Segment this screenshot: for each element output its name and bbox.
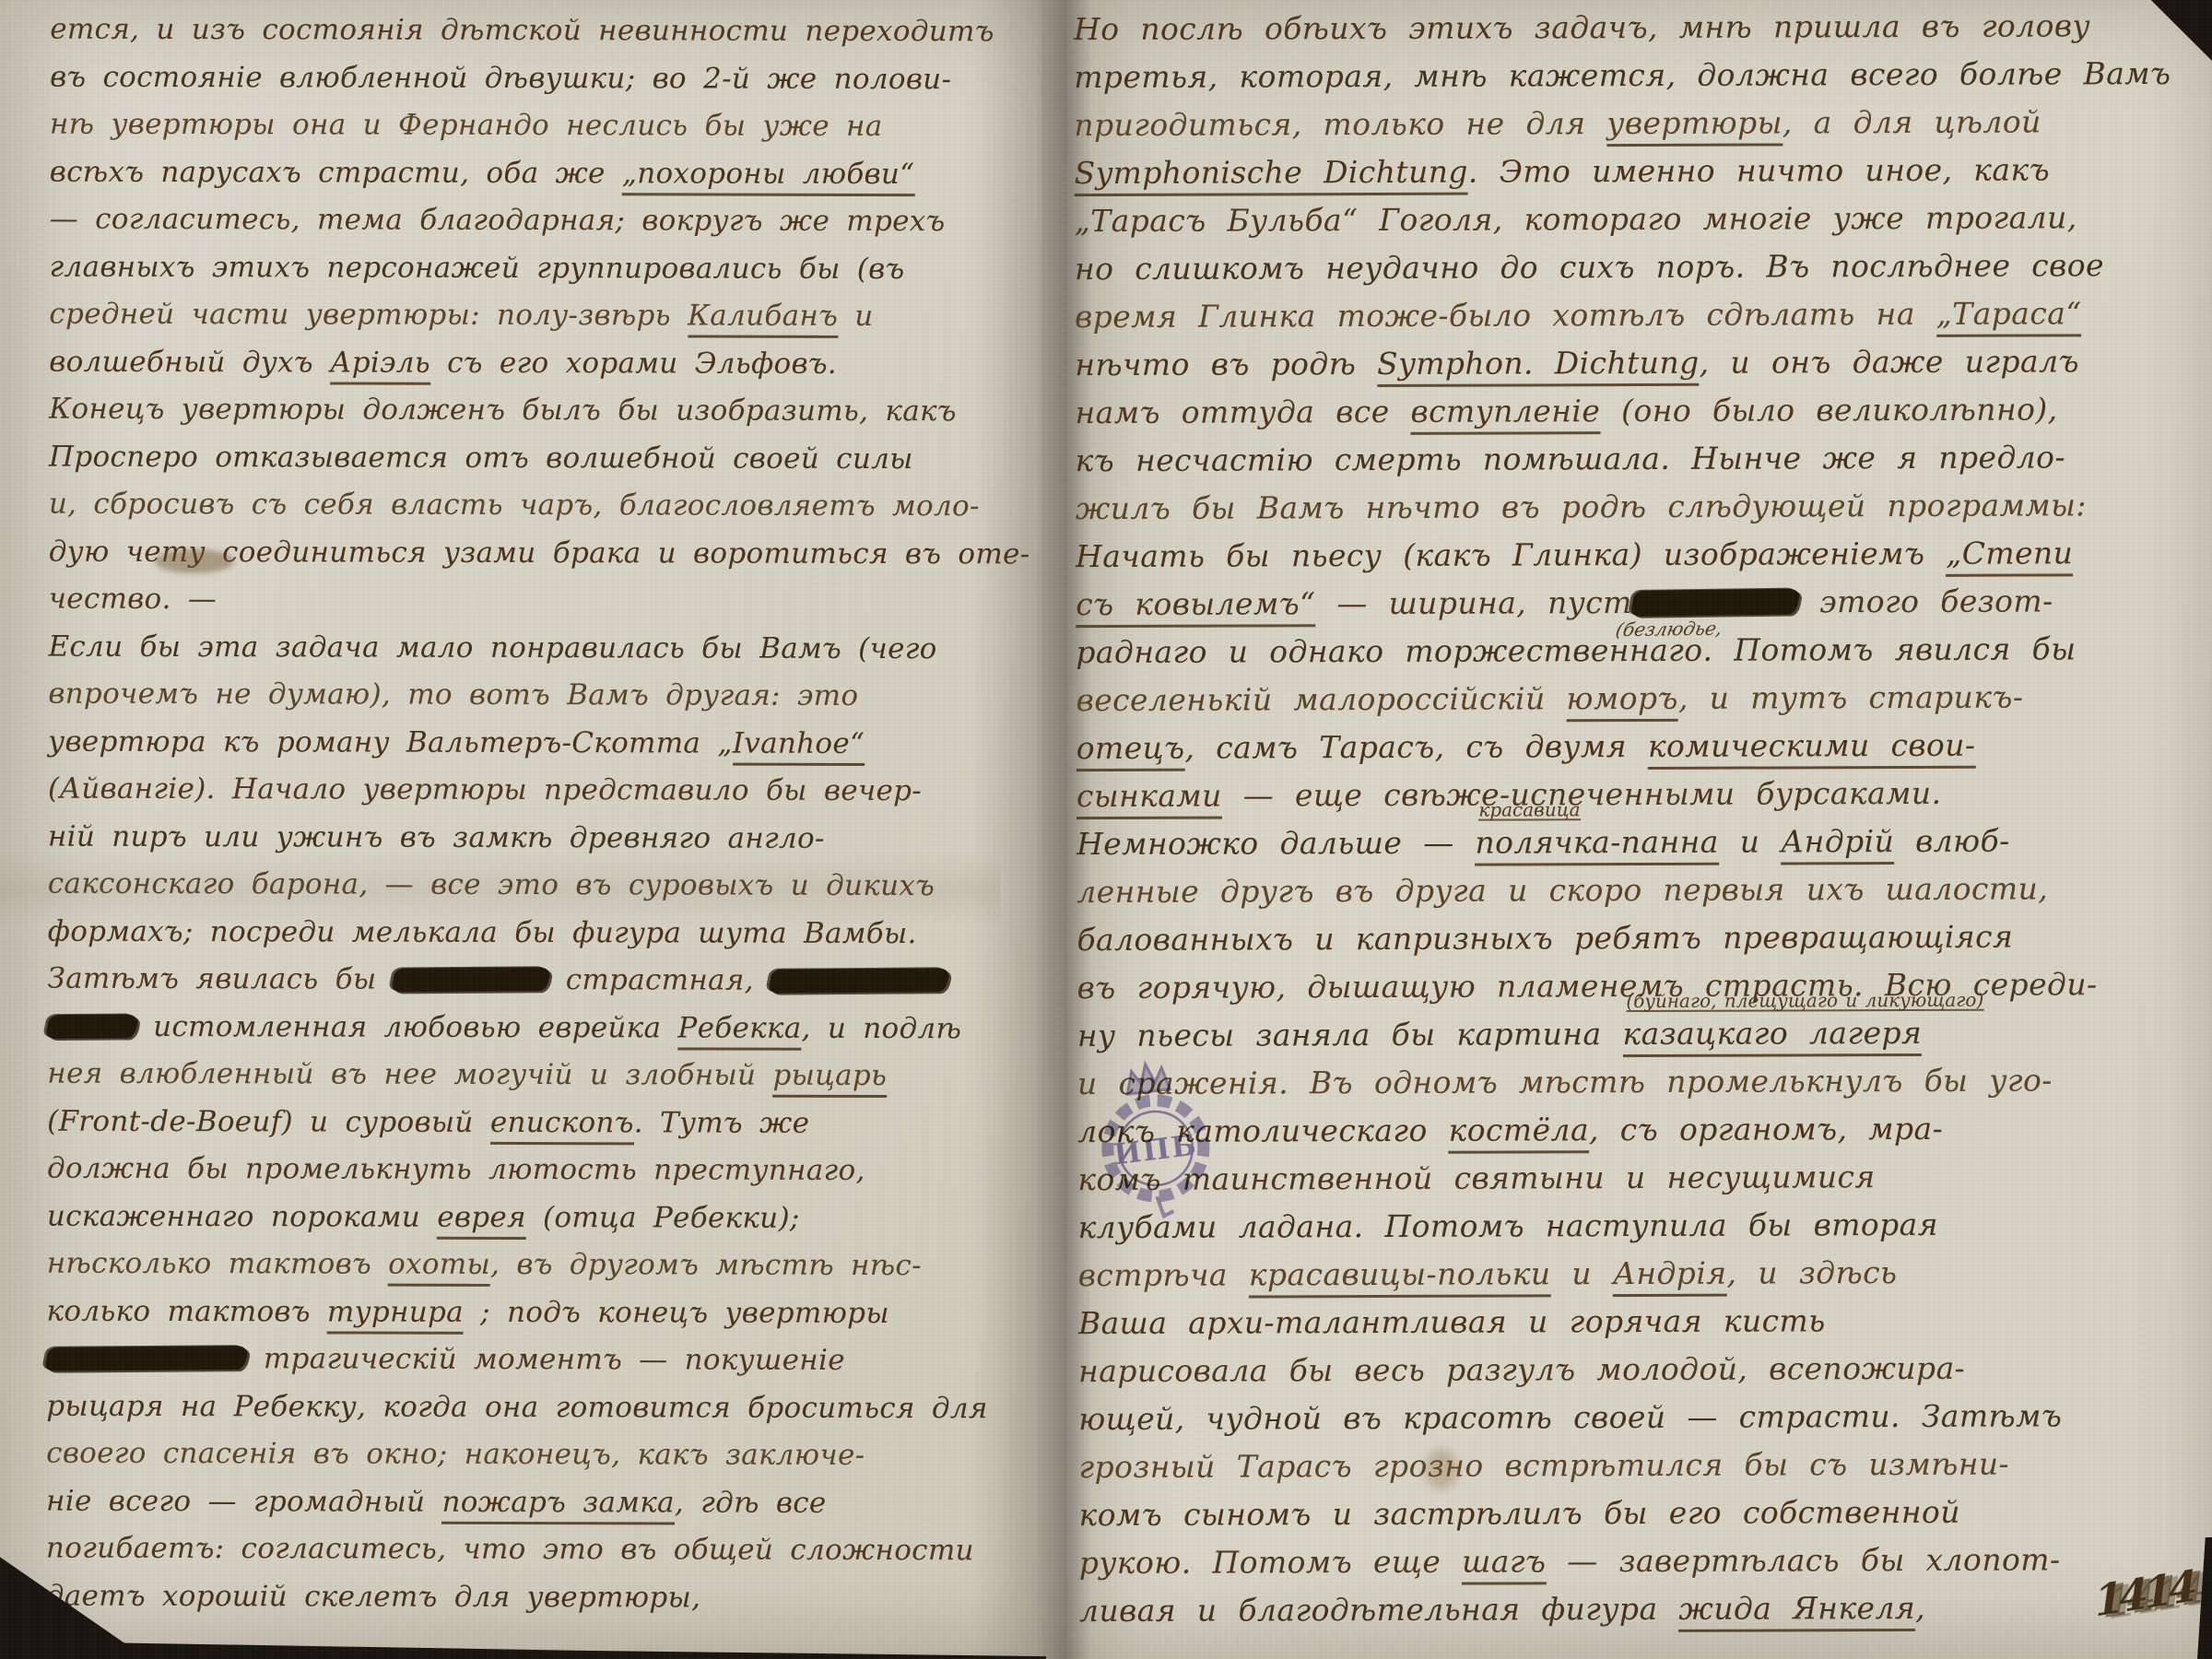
- underlined-phrase: отецъ: [1077, 730, 1185, 771]
- right-page-text: Но послѣ обѣихъ этихъ задачъ, мнѣ пришла…: [1074, 2, 2208, 1635]
- manuscript-line: Конецъ увертюры долженъ былъ бы изобрази…: [49, 386, 989, 436]
- struck-out-word: █████████: [44, 1346, 250, 1371]
- text-segment: ленные другъ въ друга и скоро первыя ихъ…: [1077, 870, 2048, 910]
- underlined-phrase: съ ковылемъ“: [1076, 585, 1315, 628]
- text-segment: Затѣмъ явилась бы: [47, 962, 393, 996]
- manuscript-line: погибаетъ: согласитесь, что это въ общей…: [46, 1525, 986, 1575]
- text-segment: , въ другомъ мѣстѣ нѣс-: [490, 1248, 922, 1282]
- manuscript-line: Начать бы пьесу (какъ Глинка) изображені…: [1076, 529, 2205, 581]
- manuscript-line: должна бы промелькнуть лютость преступна…: [47, 1146, 987, 1195]
- manuscript-line: Symphonische Dichtung. Это именно ничто …: [1074, 146, 2203, 197]
- manuscript-line: Немножко дальше — полячка-паннакрасавица…: [1077, 817, 2206, 868]
- struck-out-word: ███████: [391, 967, 552, 993]
- text-segment: , и здѣсь: [1726, 1254, 1897, 1291]
- text-segment: грозный Тарасъ грозно встрѣтился бы съ и…: [1078, 1446, 2009, 1486]
- manuscript-line: ніе всего — громадный пожаръ замка, гдѣ …: [46, 1477, 986, 1527]
- underlined-phrase: увертюры: [1606, 104, 1783, 147]
- manuscript-line: главныхъ этихъ персонажей группировались…: [49, 243, 989, 293]
- manuscript-line: рыцаря на Ребекку, когда она готовится б…: [46, 1382, 986, 1432]
- text-segment: (Айвангіе). Начало увертюры представило …: [48, 772, 922, 807]
- text-segment: ливая и благодѣтельная фигура: [1079, 1591, 1679, 1629]
- manuscript-line: Если бы эта задача мало понравилась бы В…: [48, 623, 988, 673]
- text-segment: Если бы эта задача мало понравилась бы В…: [48, 629, 936, 665]
- underlined-phrase: „Степи: [1946, 535, 2073, 576]
- text-segment: (оно было великолѣпно),: [1600, 391, 2057, 429]
- text-segment: волшебный духъ: [49, 345, 330, 379]
- manuscript-photo: ется, и изъ состоянія дѣтской невинности…: [0, 0, 2212, 1659]
- underlined-phrase: „Тараса“: [1936, 295, 2082, 337]
- manuscript-line: комъ сыномъ и застрѣлилъ бы его собствен…: [1079, 1488, 2208, 1539]
- text-segment: , и онъ даже игралъ: [1700, 343, 2079, 380]
- text-segment: и: [838, 300, 874, 333]
- underlined-phrase: турнира: [327, 1295, 464, 1334]
- interlinear-insertion: красавица: [1478, 800, 1580, 820]
- manuscript-line: чество. —: [49, 576, 989, 626]
- underlined-phrase: шагъ: [1462, 1543, 1546, 1584]
- text-segment: всѣхъ парусахъ страсти, оба же: [50, 155, 622, 190]
- text-segment: ,: [1915, 1590, 1925, 1626]
- text-segment: (отца Ребекки);: [526, 1201, 800, 1235]
- underlined-phrase: охоты: [388, 1248, 490, 1287]
- ink-smudge: [155, 549, 234, 573]
- manuscript-line: веселенькій малороссійскій юморъ, и тутъ…: [1076, 673, 2205, 724]
- underlined-phrase: пожаръ замка: [441, 1485, 675, 1524]
- manuscript-line: но слишкомъ неудачно до сихъ поръ. Въ по…: [1075, 241, 2204, 293]
- underlined-phrase: жида Янкеля: [1678, 1590, 1915, 1632]
- text-segment: жилъ бы Вамъ нѣчто въ родѣ слѣдующей про…: [1076, 487, 2087, 526]
- manuscript-line: средней части увертюры: полу-звѣрь Калиб…: [49, 291, 989, 341]
- manuscript-line: и, сбросивъ съ себя власть чаръ, благосл…: [49, 481, 989, 531]
- underlined-phrase: Андрій: [1781, 823, 1894, 865]
- text-segment: нѣчто въ родѣ: [1075, 346, 1377, 382]
- manuscript-line: ████ истомленная любовью еврейка Ребекка…: [47, 1003, 987, 1053]
- text-segment: къ несчастію смерть помѣшала. Нынче же я…: [1076, 439, 2065, 478]
- text-segment: — завертѣлась бы хлопот-: [1546, 1541, 2060, 1579]
- text-segment: — еще свѣже-испеченными бурсаками.: [1222, 775, 1942, 814]
- manuscript-line: комъ таинственной святыни и несущимися: [1077, 1152, 2206, 1204]
- underlined-phrase: красавицы-польки: [1249, 1255, 1551, 1298]
- manuscript-line: ливая и благодѣтельная фигура жида Янкел…: [1079, 1583, 2208, 1635]
- text-segment: ну пьесы заняла бы картина: [1077, 1016, 1623, 1053]
- text-segment: главныхъ этихъ персонажей группировались…: [50, 250, 905, 285]
- underlined-phrase: Ivanhoe“: [733, 726, 865, 765]
- text-segment: ющей, чудной въ красотѣ своей — страсти.…: [1078, 1397, 2062, 1437]
- text-segment: и: [1719, 823, 1782, 859]
- text-segment: комъ сыномъ и застрѣлилъ бы его собствен…: [1079, 1494, 1960, 1533]
- text-segment: нѣ увертюры она и Фернандо неслись бы уж…: [50, 108, 883, 143]
- text-segment: пригодиться, только не для: [1074, 105, 1606, 143]
- text-segment: Просперо отказывается отъ волшебной свое…: [49, 440, 913, 475]
- text-segment: нарисовала бы весь разгулъ молодой, всеп…: [1078, 1350, 1965, 1389]
- underlined-phrase: сынками: [1077, 778, 1222, 820]
- text-segment: , гдѣ все: [675, 1486, 827, 1519]
- text-segment: съ его хорами Эльфовъ.: [430, 346, 837, 380]
- text-segment: нѣсколько тактовъ: [47, 1247, 388, 1281]
- text-segment: балованныхъ и капризныхъ ребятъ превраща…: [1077, 919, 2013, 959]
- text-segment: (Front-de-Boeuf) и суровый: [47, 1104, 490, 1138]
- manuscript-line: █████████ трагическій моментъ — покушені…: [46, 1335, 986, 1385]
- manuscript-line: нѣчто въ родѣ Symphon. Dichtung, и онъ д…: [1075, 337, 2204, 389]
- library-stamp: ИПБ: [1083, 1052, 1226, 1233]
- manuscript-line: ется, и изъ состоянія дѣтской невинности…: [50, 6, 990, 56]
- text-segment: даетъ хорошій скелетъ для увертюры,: [46, 1579, 701, 1614]
- text-segment: погибаетъ: согласитесь, что это въ общей…: [46, 1532, 974, 1568]
- text-segment: нея влюбленный въ нее могучій и злобный: [47, 1057, 772, 1092]
- manuscript-line: „Тарасъ Бульба“ Гоголя, котораго многіе …: [1075, 194, 2204, 245]
- manuscript-line: въ состояніе влюбленной дѣвушки; во 2-й …: [50, 53, 990, 103]
- text-segment: „Тарасъ Бульба“ Гоголя, котораго многіе …: [1075, 199, 2077, 239]
- text-segment: истомленная любовью еврейка: [136, 1009, 678, 1044]
- manuscript-line: Просперо отказывается отъ волшебной свое…: [49, 433, 989, 483]
- manuscript-line: нѣсколько тактовъ охоты, въ другомъ мѣст…: [47, 1241, 987, 1290]
- manuscript-line: ну пьесы заняла бы картина казацкаго лаг…: [1077, 1008, 2206, 1060]
- manuscript-line: ній пиръ или ужинъ въ замкѣ древняго анг…: [48, 813, 988, 863]
- manuscript-line: клубами ладана. Потомъ наступила бы втор…: [1077, 1200, 2206, 1252]
- text-segment: должна бы промелькнуть лютость преступна…: [47, 1152, 865, 1187]
- underlined-phrase: „похороны любви“: [622, 157, 915, 196]
- manuscript-line: нарисовала бы весь разгулъ молодой, всеп…: [1078, 1344, 2207, 1395]
- text-segment: . Тутъ же: [634, 1106, 810, 1139]
- crown-icon: [1124, 1062, 1170, 1094]
- text-segment: колько тактовъ: [47, 1294, 327, 1328]
- manuscript-line: Но послѣ обѣихъ этихъ задачъ, мнѣ пришла…: [1074, 2, 2203, 53]
- text-segment: и, сбросивъ съ себя власть чаръ, благосл…: [49, 488, 980, 524]
- manuscript-line: всѣхъ парусахъ страсти, оба же „похороны…: [50, 148, 990, 198]
- manuscript-line: сынками — еще свѣже-испеченными бурсакам…: [1077, 769, 2206, 820]
- text-segment: чество. —: [49, 582, 218, 616]
- manuscript-line: жилъ бы Вамъ нѣчто въ родѣ слѣдующей про…: [1076, 481, 2205, 533]
- manuscript-line: искаженнаго пороками еврея (отца Ребекки…: [47, 1193, 987, 1242]
- interlinear-insertion: (буйнаго, плещущаго и ликующаго): [1626, 991, 1983, 1012]
- text-segment: раднаго и однако торжественнаго. Потомъ …: [1076, 630, 2076, 670]
- text-segment: Немножко дальше —: [1077, 825, 1476, 863]
- text-segment: и сраженія. Въ одномъ мѣстѣ промелькнулъ…: [1077, 1062, 2053, 1101]
- manuscript-line: колько тактовъ турнира ; подъ конецъ уве…: [47, 1288, 987, 1337]
- text-segment: — ширина, пуст: [1315, 584, 1632, 621]
- manuscript-line: Ваша архи-талантливая и горячая кисть: [1078, 1296, 2207, 1347]
- text-segment: но слишкомъ неудачно до сихъ поръ. Въ по…: [1075, 247, 2104, 287]
- manuscript-line: ющей, чудной въ красотѣ своей — страсти.…: [1078, 1392, 2207, 1443]
- text-segment: Но послѣ обѣихъ этихъ задачъ, мнѣ пришла…: [1074, 7, 2090, 47]
- manuscript-line: — согласитесь, тема благодарная; вокругъ…: [50, 196, 990, 246]
- manuscript-line: ленные другъ въ друга и скоро первыя ихъ…: [1077, 865, 2206, 916]
- text-segment: искаженнаго пороками: [47, 1199, 437, 1233]
- manuscript-line: балованныхъ и капризныхъ ребятъ превраща…: [1077, 912, 2206, 964]
- text-segment: ется, и изъ состоянія дѣтской невинности…: [50, 13, 994, 49]
- manuscript-line: время Глинка тоже-было хотѣлъ сдѣлать на…: [1075, 289, 2204, 341]
- stamp-letters: ИПБ: [1112, 1129, 1200, 1172]
- underlined-phrase: костёла: [1449, 1112, 1590, 1154]
- text-segment: , съ органомъ, мра-: [1589, 1111, 1943, 1147]
- underlined-phrase: еврея: [437, 1200, 526, 1239]
- text-segment: страстная,: [549, 963, 771, 997]
- left-page-text: ется, и изъ состоянія дѣтской невинности…: [46, 6, 991, 1623]
- text-segment: встрѣча: [1078, 1256, 1249, 1293]
- underlined-phrase: Андрія: [1613, 1255, 1727, 1297]
- manuscript-line: саксонскаго барона, — все это въ суровых…: [48, 861, 988, 911]
- manuscript-line: встрѣча красавицы-польки и Андрія, и здѣ…: [1078, 1248, 2207, 1300]
- text-segment: своего спасенія въ окно; наконецъ, какъ …: [46, 1437, 865, 1472]
- manuscript-line: и сраженія. Въ одномъ мѣстѣ промелькнулъ…: [1077, 1056, 2206, 1108]
- manuscript-line: третья, которая, мнѣ кажется, должна все…: [1074, 50, 2203, 101]
- text-segment: , самъ Тарасъ, съ двумя: [1184, 728, 1648, 766]
- text-segment: , а для цѣлой: [1783, 103, 2041, 140]
- manuscript-line: своего спасенія въ окно; наконецъ, какъ …: [46, 1430, 986, 1480]
- manuscript-line: отецъ, самъ Тарасъ, съ двумя комическими…: [1077, 721, 2206, 772]
- manuscript-line: нея влюбленный въ нее могучій и злобный …: [47, 1051, 987, 1100]
- struck-out-word: ████████: [768, 968, 951, 994]
- paper-stain: [1425, 1449, 1458, 1489]
- underlined-phrase: епископъ: [490, 1105, 634, 1144]
- manuscript-line: съ ковылемъ“ — ширина, пуст███████(безлю…: [1076, 577, 2205, 629]
- text-segment: средней части увертюры: полу-звѣрь: [49, 298, 688, 333]
- text-segment: намъ оттуда все: [1075, 394, 1410, 430]
- text-segment: и: [1550, 1255, 1613, 1291]
- text-segment: увертюра къ роману Вальтеръ-Скотта „: [48, 724, 733, 759]
- text-segment: въ состояніе влюбленной дѣвушки; во 2-й …: [50, 60, 951, 96]
- text-segment: рыцаря на Ребекку, когда она готовится б…: [46, 1389, 988, 1425]
- manuscript-line: раднаго и однако торжественнаго. Потомъ …: [1076, 625, 2205, 677]
- text-segment: время Глинка тоже-было хотѣлъ сдѣлать на: [1075, 296, 1936, 335]
- manuscript-line: волшебный духъ Аріэль съ его хорами Эльф…: [49, 338, 989, 388]
- underlined-phrase: комическими свои-: [1648, 727, 1976, 770]
- text-segment: ніе всего — громадный: [46, 1484, 442, 1518]
- manuscript-line: рукою. Потомъ еще шагъ — завертѣлась бы …: [1079, 1535, 2208, 1587]
- text-segment: формахъ; посреди мелькала бы фигура шута…: [48, 914, 917, 949]
- manuscript-line: пригодиться, только не для увертюры, а д…: [1074, 98, 2203, 149]
- manuscript-line: формахъ; посреди мелькала бы фигура шута…: [48, 908, 988, 958]
- text-segment: Конецъ увертюры долженъ былъ бы изобрази…: [49, 393, 957, 429]
- underlined-phrase: вступленіе: [1410, 393, 1600, 435]
- text-segment: третья, которая, мнѣ кажется, должна все…: [1074, 55, 2171, 95]
- text-segment: веселенькій малороссійскій: [1076, 680, 1566, 718]
- underlined-phrase: казацкаго лагеря(буйнаго, плещущаго и ли…: [1622, 1015, 1922, 1057]
- text-segment: этого безот-: [1798, 582, 2053, 619]
- manuscript-line: локъ католическаго костёла, съ органомъ,…: [1077, 1104, 2206, 1156]
- manuscript-line: увертюра къ роману Вальтеръ-Скотта „Ivan…: [48, 718, 988, 768]
- manuscript-line: грозный Тарасъ грозно встрѣтился бы съ и…: [1078, 1440, 2207, 1491]
- underlined-phrase: Ребекка: [677, 1011, 801, 1050]
- underlined-phrase: Калибанъ: [688, 299, 838, 337]
- manuscript-line: Затѣмъ явилась бы ███████ страстная, ███…: [47, 956, 987, 1006]
- text-segment: , и подлѣ: [801, 1011, 961, 1044]
- underlined-phrase: рыцарь: [772, 1059, 887, 1098]
- manuscript-line: (Front-de-Boeuf) и суровый епископъ. Тут…: [47, 1098, 987, 1147]
- underlined-phrase: полячка-паннакрасавица: [1475, 824, 1718, 866]
- underlined-phrase: юморъ: [1566, 680, 1678, 722]
- text-segment: ній пиръ или ужинъ въ замкѣ древняго анг…: [48, 819, 825, 854]
- text-segment: Ваша архи-талантливая и горячая кисть: [1078, 1302, 1826, 1341]
- text-segment: влюб-: [1894, 823, 2010, 859]
- underlined-phrase: Symphonische Dichtung: [1074, 154, 1467, 196]
- manuscript-line: впрочемъ не думаю), то вотъ Вамъ другая:…: [48, 671, 988, 721]
- manuscript-line: даетъ хорошій скелетъ для увертюры,: [46, 1572, 986, 1622]
- text-segment: — согласитесь, тема благодарная; вокругъ…: [50, 203, 946, 239]
- manuscript-line: къ несчастію смерть помѣшала. Нынче же я…: [1076, 433, 2205, 485]
- text-segment: трагическій моментъ — покушеніе: [247, 1342, 845, 1377]
- text-segment: ; подъ конецъ увертюры: [464, 1295, 889, 1329]
- text-segment: Начать бы пьесу (какъ Глинка) изображені…: [1076, 535, 1946, 574]
- underlined-phrase: Symphon. Dichtung: [1377, 345, 1700, 387]
- manuscript-line: намъ оттуда все вступленіе (оно было вел…: [1075, 385, 2204, 437]
- text-segment: рукою. Потомъ еще: [1079, 1544, 1462, 1581]
- text-segment: , и тутъ старикъ-: [1678, 679, 2024, 716]
- underlined-phrase: Аріэль: [330, 346, 430, 384]
- struck-out-word: ███████(безлюдье,: [1630, 588, 1801, 617]
- manuscript-line: нѣ увертюры она и Фернандо неслись бы уж…: [50, 101, 990, 151]
- text-segment: саксонскаго барона, — все это въ суровых…: [48, 867, 935, 903]
- text-segment: впрочемъ не думаю), то вотъ Вамъ другая:…: [48, 677, 858, 712]
- text-segment: . Это именно ничто иное, какъ: [1468, 151, 2050, 189]
- struck-out-word: ████: [45, 1014, 139, 1039]
- manuscript-line: (Айвангіе). Начало увертюры представило …: [48, 766, 988, 816]
